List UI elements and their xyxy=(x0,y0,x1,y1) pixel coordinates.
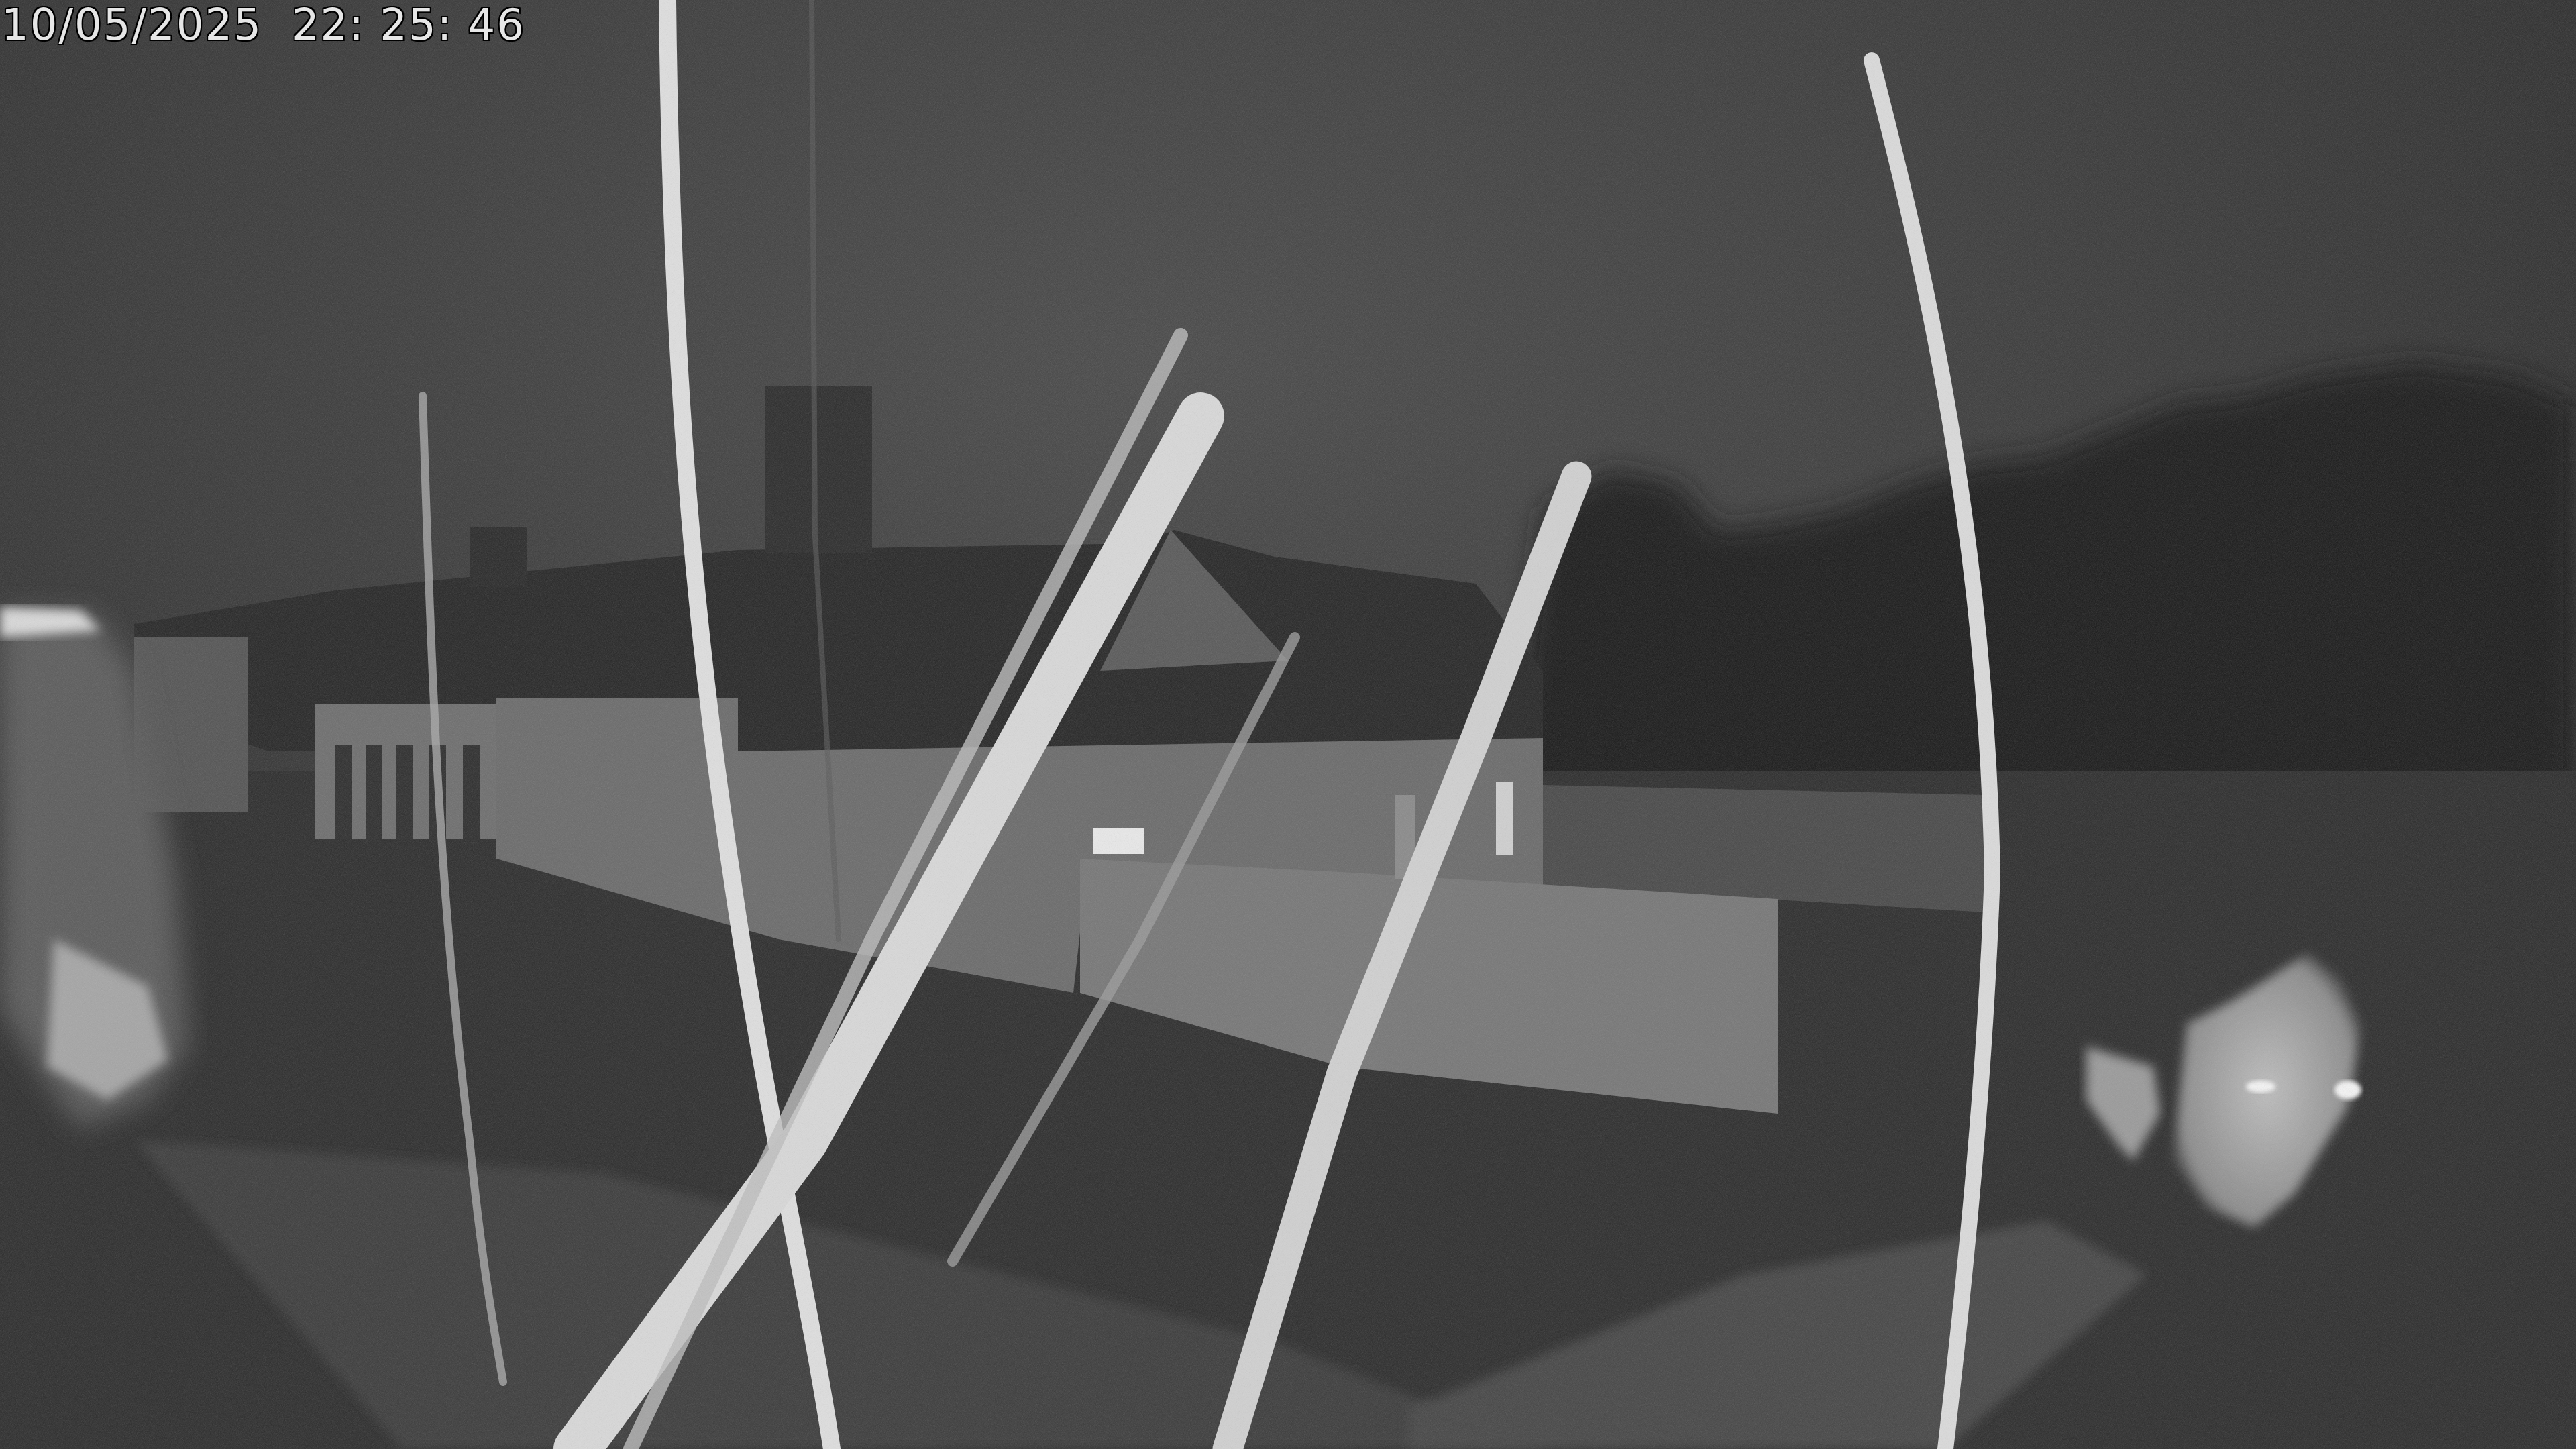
timestamp-overlay: 10/05/202522: 25: 46 xyxy=(1,1,525,50)
camera-frame xyxy=(0,0,2576,1449)
osd-date: 10/05/2025 xyxy=(1,1,262,50)
osd-time: 22: 25: 46 xyxy=(292,1,525,50)
sensor-noise xyxy=(0,0,2576,1449)
